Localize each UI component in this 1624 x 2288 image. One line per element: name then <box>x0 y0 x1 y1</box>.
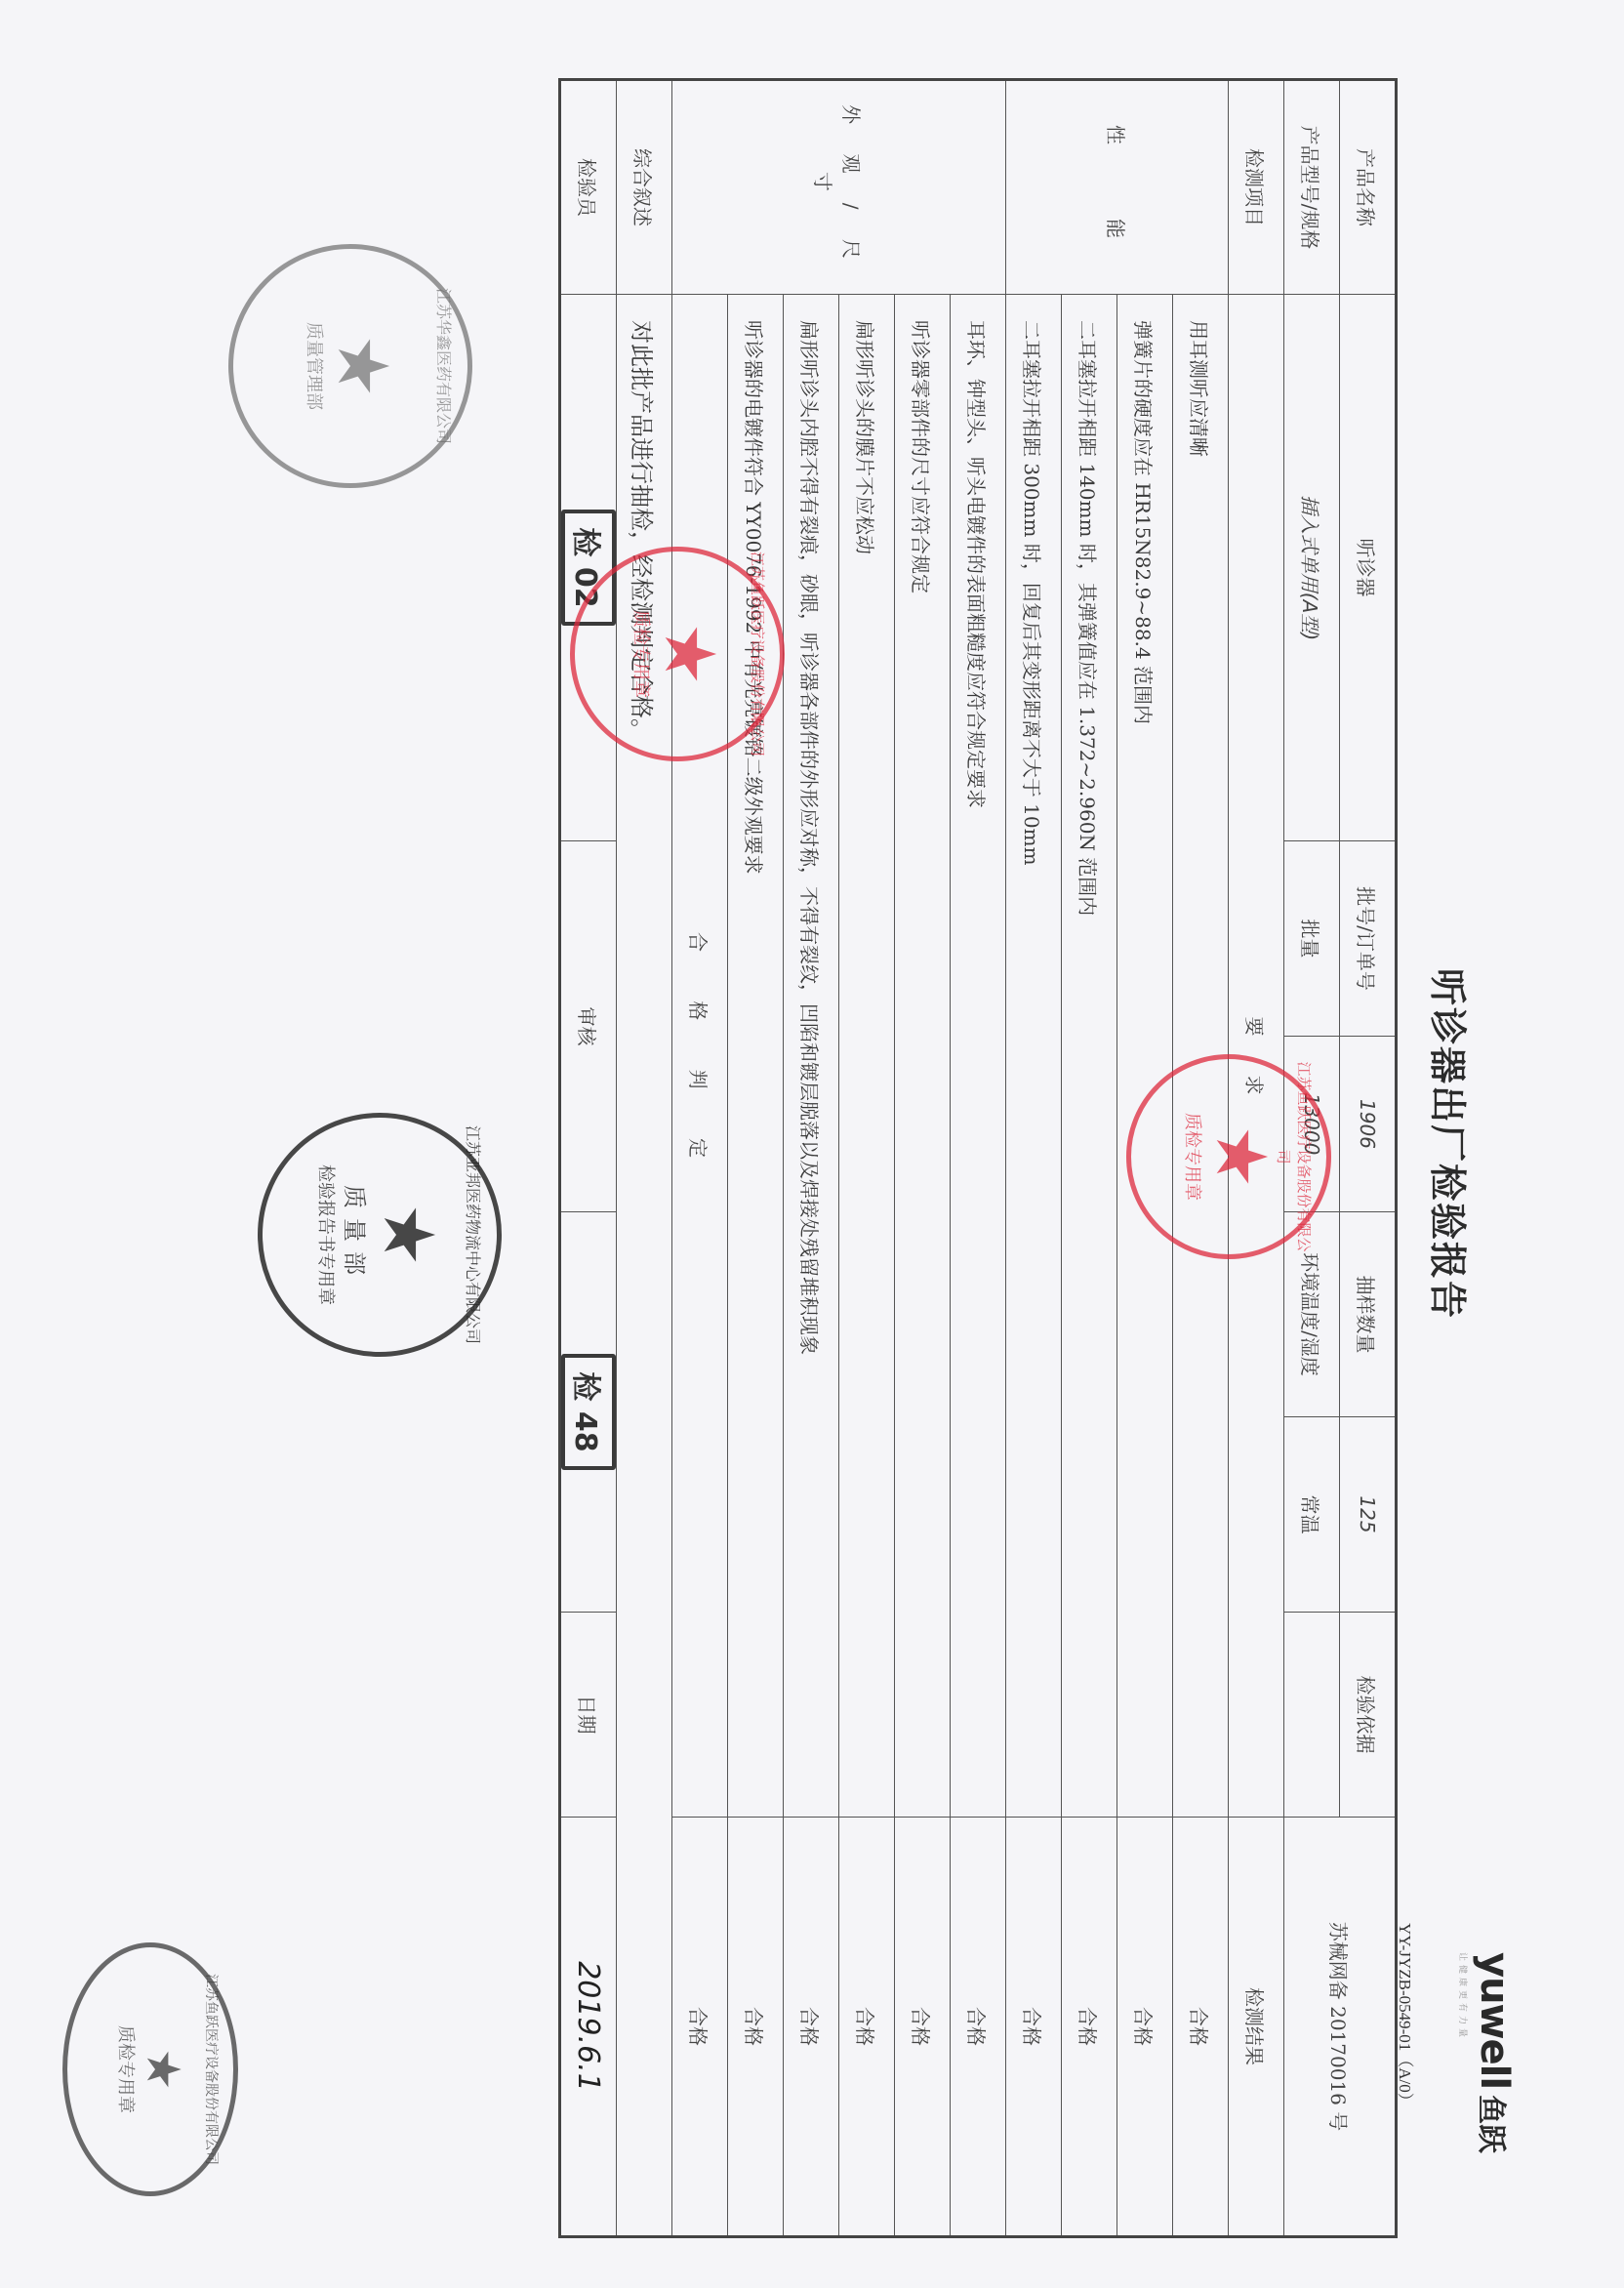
column-header-row: 检测项目 要 求 检测结果 <box>1229 80 1284 2237</box>
star-icon: ★ <box>140 2048 186 2090</box>
model-label: 产品型号/规格 <box>1284 80 1340 295</box>
batch-label: 批号/订单号 <box>1340 841 1397 1037</box>
sample-qty-label: 抽样数量 <box>1340 1212 1397 1417</box>
empty-cell <box>1284 1613 1340 1818</box>
inspector-id-stamp: 检 02 <box>561 510 616 625</box>
seal-subtext-2: 检验报告书专用章 <box>315 1164 341 1305</box>
inspector-label: 检验员 <box>560 80 617 295</box>
lot-size-value: 13000 <box>1284 1037 1340 1212</box>
result-value: 合格 <box>1062 1818 1117 2237</box>
lot-size-label: 批量 <box>1284 841 1340 1037</box>
seal-text: 江苏鱼跃医疗设备股份有限公司 <box>202 1947 222 2191</box>
requirement-text: 听诊器零部件的尺寸应符合规定 <box>895 295 951 1818</box>
seal-text: 江苏华鑫医药有限公司 <box>433 249 456 483</box>
star-icon: ★ <box>328 335 398 398</box>
star-icon: ★ <box>375 1204 445 1267</box>
inspector-signature: 检 02 <box>560 295 617 841</box>
requirement-column-header: 要 求 <box>1229 295 1284 1818</box>
verdict-result: 合格 <box>672 1818 728 2237</box>
reviewer-signature: 检 48 <box>560 1212 617 1613</box>
batch-value: 1906 <box>1340 1037 1397 1212</box>
env-label: 环境温度/湿度 <box>1284 1212 1340 1417</box>
result-value: 合格 <box>784 1818 839 2237</box>
table-row: 性 能 用耳测听应清晰 合格 <box>1173 80 1229 2237</box>
product-name-value: 听诊器 <box>1340 295 1397 841</box>
group-appearance: 外 观 / 尺 寸 <box>672 80 1006 295</box>
seal-subtext: 质量管理部 <box>303 322 328 410</box>
header-row-1: 产品名称 听诊器 批号/订单号 1906 抽样数量 125 检验依据 苏械网备 … <box>1340 80 1397 2237</box>
date-handwritten: 2019.6.1 <box>572 1961 606 2092</box>
table-row: 二耳塞拉开相距 300mm 时，回复后其变形距离不大于 10mm 合格 <box>1006 80 1062 2237</box>
inspection-report-page: yuwell鱼跃 让健康更有力量 听诊器出厂检验报告 YY-JYZB-0549-… <box>0 0 1624 2288</box>
table-row: 二耳塞拉开相距 140mm 时，其弹簧值应在 1.372~2.960N 范围内 … <box>1062 80 1117 2237</box>
seal-text: 江苏亚邦医药物流中心有限公司 <box>463 1118 485 1352</box>
result-value: 合格 <box>1006 1818 1062 2237</box>
seal-subtext: 质量部 <box>341 1185 375 1285</box>
model-value: 插入式单用(A型) <box>1284 295 1340 841</box>
summary-text: 对此批产品进行抽检，经检测判定合格。 <box>617 295 672 2237</box>
logo-en: yuwell <box>1472 1952 1517 2089</box>
table-row: 扁形听诊头内腔不得有裂痕，砂眼，听诊器各部件的外形应对称，不得有裂纹，凹陷和镀层… <box>784 80 839 2237</box>
result-value: 合格 <box>839 1818 895 2237</box>
result-value: 合格 <box>895 1818 951 2237</box>
document-number: YY-JYZB-0549-01（A/0） <box>1395 1923 1419 2109</box>
page-title: 听诊器出厂检验报告 <box>1424 0 1478 2288</box>
result-value: 合格 <box>1117 1818 1173 2237</box>
requirement-text: 耳环、钟型头、听头电镀件的表面粗糙度应符合规定要求 <box>951 295 1006 1818</box>
requirement-text: 用耳测听应清晰 <box>1173 295 1229 1818</box>
reviewer-label: 审核 <box>560 841 617 1212</box>
group-performance: 性 能 <box>1006 80 1229 295</box>
seal-subtext: 质检专用章 <box>114 2025 140 2113</box>
env-value: 常温 <box>1284 1417 1340 1613</box>
date-quality-seal: 江苏鱼跃医疗设备股份有限公司 ★ 质检专用章 <box>62 1942 238 2196</box>
verdict-row: 合 格 判 定 合格 <box>672 80 728 2237</box>
basis-value: 苏械网备 20170016 号 <box>1284 1818 1397 2237</box>
table-row: 弹簧片的硬度应在 HR15N82.9~88.4 范围内 合格 <box>1117 80 1173 2237</box>
verdict-label: 合 格 判 定 <box>672 295 728 1818</box>
table-row: 听诊器的电镀件符合 YY0076-1992 中有光亮镀铬二级外观要求 合格 <box>728 80 784 2237</box>
product-name-label: 产品名称 <box>1340 80 1397 295</box>
date-label: 日期 <box>560 1613 617 1818</box>
logo-cn: 鱼跃 <box>1474 2095 1508 2153</box>
table-row: 扁形听诊头的膜片不应松动 合格 <box>839 80 895 2237</box>
result-value: 合格 <box>1173 1818 1229 2237</box>
requirement-text: 弹簧片的硬度应在 HR15N82.9~88.4 范围内 <box>1117 295 1173 1818</box>
inspection-table: 产品名称 听诊器 批号/订单号 1906 抽样数量 125 检验依据 苏械网备 … <box>558 78 1398 2238</box>
table-row: 外 观 / 尺 寸 耳环、钟型头、听头电镀件的表面粗糙度应符合规定要求 合格 <box>951 80 1006 2237</box>
reviewer-id-stamp: 检 48 <box>561 1354 616 1469</box>
item-column-header: 检测项目 <box>1229 80 1284 295</box>
requirement-text: 扁形听诊头内腔不得有裂痕，砂眼，听诊器各部件的外形应对称，不得有裂纹，凹陷和镀层… <box>784 295 839 1818</box>
result-column-header: 检测结果 <box>1229 1818 1284 2237</box>
table-row: 听诊器零部件的尺寸应符合规定 合格 <box>895 80 951 2237</box>
basis-label: 检验依据 <box>1340 1613 1397 1818</box>
gray-quality-mgmt-seal: 江苏华鑫医药有限公司 ★ 质量管理部 <box>228 244 472 488</box>
result-value: 合格 <box>728 1818 784 2237</box>
date-value: 2019.6.1 <box>560 1818 617 2237</box>
sample-qty-value: 125 <box>1340 1417 1397 1613</box>
signature-row: 检验员 检 02 审核 检 48 日期 2019.6.1 <box>560 80 617 2237</box>
requirement-text: 扁形听诊头的膜片不应松动 <box>839 295 895 1818</box>
requirement-text: 听诊器的电镀件符合 YY0076-1992 中有光亮镀铬二级外观要求 <box>728 295 784 1818</box>
summary-row: 综合叙述 对此批产品进行抽检，经检测判定合格。 <box>617 80 672 2237</box>
requirement-text: 二耳塞拉开相距 300mm 时，回复后其变形距离不大于 10mm <box>1006 295 1062 1818</box>
result-value: 合格 <box>951 1818 1006 2237</box>
black-quality-dept-seal: 江苏亚邦医药物流中心有限公司 ★ 质量部 检验报告书专用章 <box>258 1113 502 1357</box>
requirement-text: 二耳塞拉开相距 140mm 时，其弹簧值应在 1.372~2.960N 范围内 <box>1062 295 1117 1818</box>
summary-label: 综合叙述 <box>617 80 672 295</box>
